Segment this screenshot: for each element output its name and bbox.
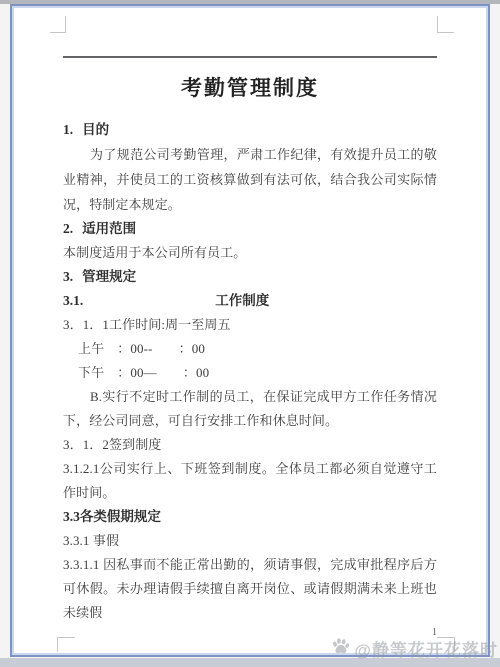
paragraph-sign-in-rule: 3.1.2.1公司实行上、下班签到制度。全体员工都必须自觉遵守工作时间。 <box>63 457 437 505</box>
heading-purpose-text: 目的 <box>82 122 109 137</box>
heading-rules-number: 3. <box>63 269 73 284</box>
heading-scope: 2.适用范围 <box>63 217 437 241</box>
paragraph-flexible-hours: B.实行不定时工作制的员工，在保证完成甲方工作任务情况下，经公司同意，可自行安排… <box>63 385 437 433</box>
paragraph-scope: 本制度适用于本公司所有员工。 <box>63 241 437 265</box>
heading-work-text: 工作制度 <box>215 293 269 308</box>
heading-rules-text: 管理规定 <box>82 269 136 284</box>
item-sign-in: 3．1．2签到制度 <box>63 433 437 457</box>
text-boundary-mark-top-left <box>50 16 66 33</box>
heading-purpose-number: 1. <box>63 122 73 137</box>
paragraph-purpose: 为了规范公司考勤管理，严肃工作纪律，有效提升员工的敬业精神，并使员工的工资核算做… <box>63 142 437 217</box>
header-rule <box>63 56 437 58</box>
heading-scope-number: 2. <box>63 221 73 236</box>
heading-leave-rules: 3.3各类假期规定 <box>63 505 437 529</box>
heading-work-system: 3.1.工作制度 <box>63 289 437 313</box>
page-content: 考勤管理制度 1.目的 为了规范公司考勤管理，严肃工作纪律，有效提升员工的敬业精… <box>12 6 488 655</box>
heading-rules: 3.管理规定 <box>63 265 437 289</box>
watermark: @静等花开花落时 <box>331 636 498 661</box>
time-row-afternoon: 下午 ：00— ：00 <box>78 361 437 385</box>
document-page: 考勤管理制度 1.目的 为了规范公司考勤管理，严肃工作纪律，有效提升员工的敬业精… <box>10 4 490 657</box>
text-boundary-mark-bottom-left <box>57 637 75 652</box>
watermark-text: @静等花开花落时 <box>354 636 498 661</box>
item-work-time: 3．1．1工作时间:周一至周五 <box>63 313 437 337</box>
item-personal-leave: 3.3.1 事假 <box>63 529 437 553</box>
text-boundary-mark-top-right <box>437 16 454 33</box>
paw-icon <box>331 637 350 661</box>
document-title: 考勤管理制度 <box>63 74 437 102</box>
time-row-morning: 上午 ：00-- ：00 <box>78 337 437 361</box>
heading-purpose: 1.目的 <box>63 117 437 142</box>
heading-work-number: 3.1. <box>63 293 83 308</box>
heading-scope-text: 适用范围 <box>82 221 136 236</box>
paragraph-personal-leave-rule: 3.3.1.1 因私事而不能正常出勤的，须请事假，完成审批程序后方可休假。未办理… <box>63 553 437 625</box>
